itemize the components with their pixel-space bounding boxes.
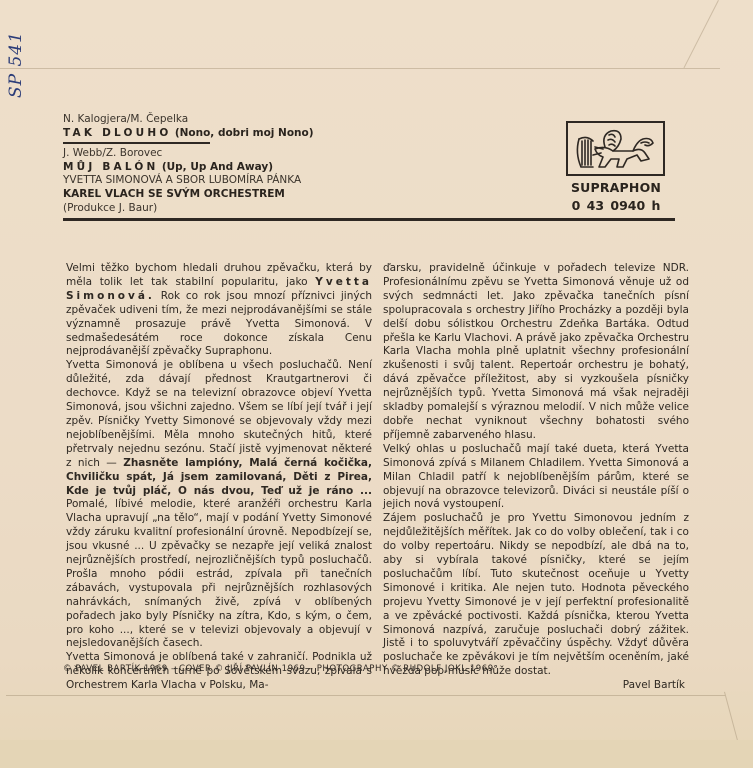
liner-notes-right-column: ďarsku, pravidelně účinkuje v pořadech t… xyxy=(383,262,689,693)
label-name: SUPRAPHON xyxy=(563,180,669,195)
track-2-title: MŮJ BALÓN xyxy=(63,161,159,173)
track-2-original-title: (Up, Up And Away) xyxy=(162,161,273,173)
sleeve-bottom-band xyxy=(0,740,753,768)
liner-paragraph: Yvetta Simonová je oblíbena u všech posl… xyxy=(66,359,372,651)
liner-text: Yvetta Simonová je oblíbena u všech posl… xyxy=(66,359,372,468)
liner-paragraph: Zájem posluchačů je pro Yvettu Simonovou… xyxy=(383,512,689,679)
copyright-footer: © PAVEL BARTÍK 1969 – COVER © JIŘÍ PAVLÍ… xyxy=(63,664,683,674)
track-1-title: TAK DLOUHO xyxy=(63,127,171,139)
track-1-original-title: (Nono, dobri moj Nono) xyxy=(175,127,314,139)
divider xyxy=(63,142,210,144)
liner-paragraph: Velký ohlas u posluchačů mají také dueta… xyxy=(383,443,689,513)
handwritten-catalog-note: SP 541 xyxy=(6,38,30,98)
lion-lyre-icon xyxy=(571,125,661,173)
author-signature: Pavel Bartík xyxy=(383,679,689,693)
liner-paragraph: Velmi těžko bychom hledali druhou zpěvač… xyxy=(66,262,372,359)
liner-paragraph: ďarsku, pravidelně účinkuje v pořadech t… xyxy=(383,262,689,443)
liner-notes-left-column: Velmi těžko bychom hledali druhou zpěvač… xyxy=(66,262,372,693)
catalog-number: 0 43 0940 h xyxy=(563,198,669,213)
sleeve-fold-line xyxy=(0,68,720,69)
divider xyxy=(63,218,675,221)
sleeve-fold-line xyxy=(6,695,726,696)
supraphon-logo xyxy=(566,121,665,176)
liner-text: Pomalé, líbivé melodie, které aranžéři o… xyxy=(66,498,372,649)
